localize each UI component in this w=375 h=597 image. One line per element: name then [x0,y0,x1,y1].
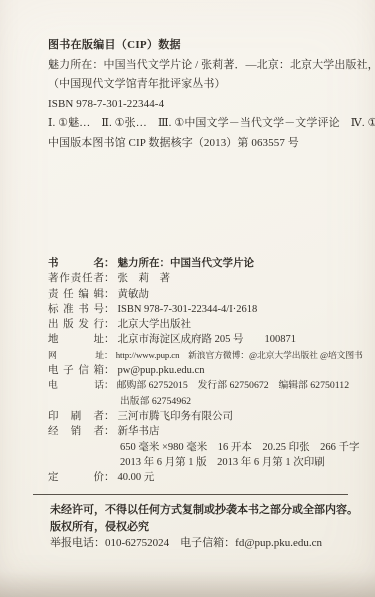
colophon-row-phone-cont: 出版部 62754962 [48,394,351,409]
row-label: 经销者 [48,424,104,439]
colophon-row-printer: 印刷者：三河市腾飞印务有限公司 [48,409,351,424]
row-value: 2013 年 6 月第 1 版 2013 年 6 月第 1 次印刷 [120,457,325,468]
colophon-row-format: 650 毫米 ×980 毫米 16 开本 20.25 印张 266 千字 [48,440,351,455]
row-value: 650 毫米 ×980 毫米 16 开本 20.25 印张 266 千字 [120,442,360,453]
cip-series-line: （中国现代文学馆青年批评家丛书） [48,75,351,95]
cip-record-line: 中国版本图书馆 CIP 数据核字（2013）第 063557 号 [48,134,351,154]
colophon-row-publisher: 出版发行：北京大学出版社 [48,317,351,332]
colophon-row-edition: 2013 年 6 月第 1 版 2013 年 6 月第 1 次印刷 [48,455,351,470]
row-value: 出版部 62754962 [120,396,191,407]
row-colon: ： [104,470,115,485]
cip-classification-line: Ⅰ. ①魅… Ⅱ. ①张… Ⅲ. ①中国文学－当代文学－文学评论 Ⅳ. ① I2… [48,114,351,134]
colophon-row-address: 地址：北京市海淀区成府路 205 号 100871 [48,332,351,347]
cip-block: 图书在版编目（CIP）数据 魅力所在：中国当代文学片论 / 张莉著．—北京：北京… [48,36,351,153]
row-colon: ： [104,317,115,332]
row-value: ISBN 978-7-301-22344-4/I·2618 [118,304,258,315]
row-value: 北京市海淀区成府路 205 号 100871 [118,334,297,345]
row-label: 出版发行 [48,317,104,332]
scan-bottom-shadow [0,571,375,597]
row-value: 魅力所在：中国当代文学片论 [118,258,255,269]
row-value: 张 莉 著 [118,273,171,284]
copyright-page: 图书在版编目（CIP）数据 魅力所在：中国当代文学片论 / 张莉著．—北京：北京… [0,0,375,597]
row-colon: ： [104,256,115,271]
row-value: 黄敏劼 [118,289,150,300]
row-value: 新华书店 [118,426,160,437]
notice-no-copying-line: 未经许可，不得以任何方式复制或抄袭本书之部分或全部内容。 [50,502,351,518]
row-colon: ： [104,302,115,317]
row-colon: ： [104,378,114,393]
cip-title-line: 魅力所在：中国当代文学片论 / 张莉著．—北京：北京大学出版社，2013.6 [48,56,351,76]
cip-isbn-line: ISBN 978-7-301-22344-4 [48,95,351,115]
row-label: 网址 [48,348,104,363]
row-colon: ： [104,287,115,302]
row-label: 标准书号 [48,302,104,317]
colophon-row-isbn: 标准书号：ISBN 978-7-301-22344-4/I·2618 [48,302,351,317]
row-value: 三河市腾飞印务有限公司 [118,411,234,422]
row-label: 地址 [48,332,104,347]
colophon-row-book-title: 书名：魅力所在：中国当代文学片论 [48,256,351,271]
row-value: 北京大学出版社 [118,319,192,330]
colophon-row-phone: 电话：邮购部 62752015 发行部 62750672 编辑部 6275011… [48,378,351,393]
row-value: http://www.pup.cn 新浪官方微博：@北京大学出版社 @培文图书 [116,350,363,360]
colophon-row-website: 网址：http://www.pup.cn 新浪官方微博：@北京大学出版社 @培文… [48,348,351,363]
colophon-row-distributor: 经销者：新华书店 [48,424,351,439]
row-label: 印刷者 [48,409,104,424]
row-label: 电话 [48,378,104,393]
copyright-notice-block: 未经许可，不得以任何方式复制或抄袭本书之部分或全部内容。 版权所有，侵权必究 举… [50,502,351,551]
row-colon: ： [104,271,115,286]
row-label: 定价 [48,470,104,485]
row-colon: ： [104,348,113,363]
row-value: 邮购部 62752015 发行部 62750672 编辑部 62750112 [117,380,349,391]
colophon-row-author: 著作责任者：张 莉 著 [48,271,351,286]
row-label: 电子信箱 [48,363,104,378]
row-colon: ： [104,363,115,378]
row-label: 书名 [48,256,104,271]
colophon-row-email: 电子信箱：pw@pup.pku.edu.cn [48,363,351,378]
notice-report-contact-line: 举报电话：010-62752024 电子信箱：fd@pup.pku.edu.cn [50,535,351,551]
cip-heading: 图书在版编目（CIP）数据 [48,36,351,56]
divider-line [33,494,348,495]
colophon-row-editor: 责任编辑：黄敏劼 [48,287,351,302]
row-value: pw@pup.pku.edu.cn [118,365,205,376]
row-colon: ： [104,409,115,424]
row-colon: ： [104,332,115,347]
row-value: 40.00 元 [118,472,155,483]
colophon-block: 书名：魅力所在：中国当代文学片论 著作责任者：张 莉 著 责任编辑：黄敏劼 标准… [48,256,351,485]
colophon-row-price: 定价：40.00 元 [48,470,351,485]
row-colon: ： [104,424,115,439]
notice-rights-reserved-line: 版权所有，侵权必究 [50,519,351,535]
row-label: 责任编辑 [48,287,104,302]
row-label: 著作责任者 [48,271,104,286]
